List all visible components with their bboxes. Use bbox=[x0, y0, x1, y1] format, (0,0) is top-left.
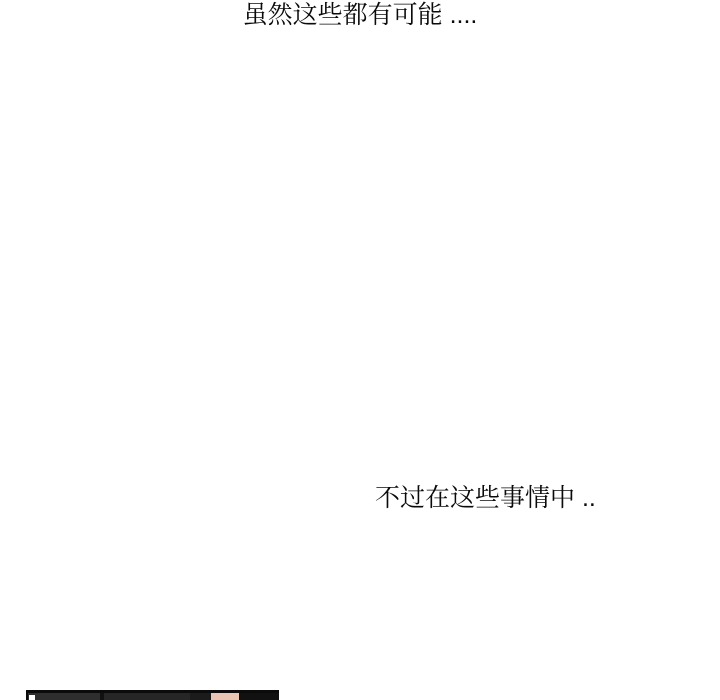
panel-dark-zone bbox=[190, 693, 211, 700]
panel-border-top bbox=[26, 690, 279, 693]
panel-interior-mid bbox=[104, 693, 190, 700]
comic-page: 虽然这些都有可能 .... 不过在这些事情中 .. bbox=[0, 0, 720, 700]
panel-dark-right bbox=[239, 693, 279, 700]
panel-skin-patch bbox=[211, 693, 239, 700]
panel-white-highlight bbox=[29, 695, 35, 700]
panel-fragment bbox=[26, 690, 279, 700]
panel-interior-left bbox=[28, 693, 100, 700]
caption-top: 虽然这些都有可能 .... bbox=[0, 1, 720, 29]
panel-border-left bbox=[26, 690, 28, 700]
caption-middle: 不过在这些事情中 .. bbox=[375, 484, 596, 512]
